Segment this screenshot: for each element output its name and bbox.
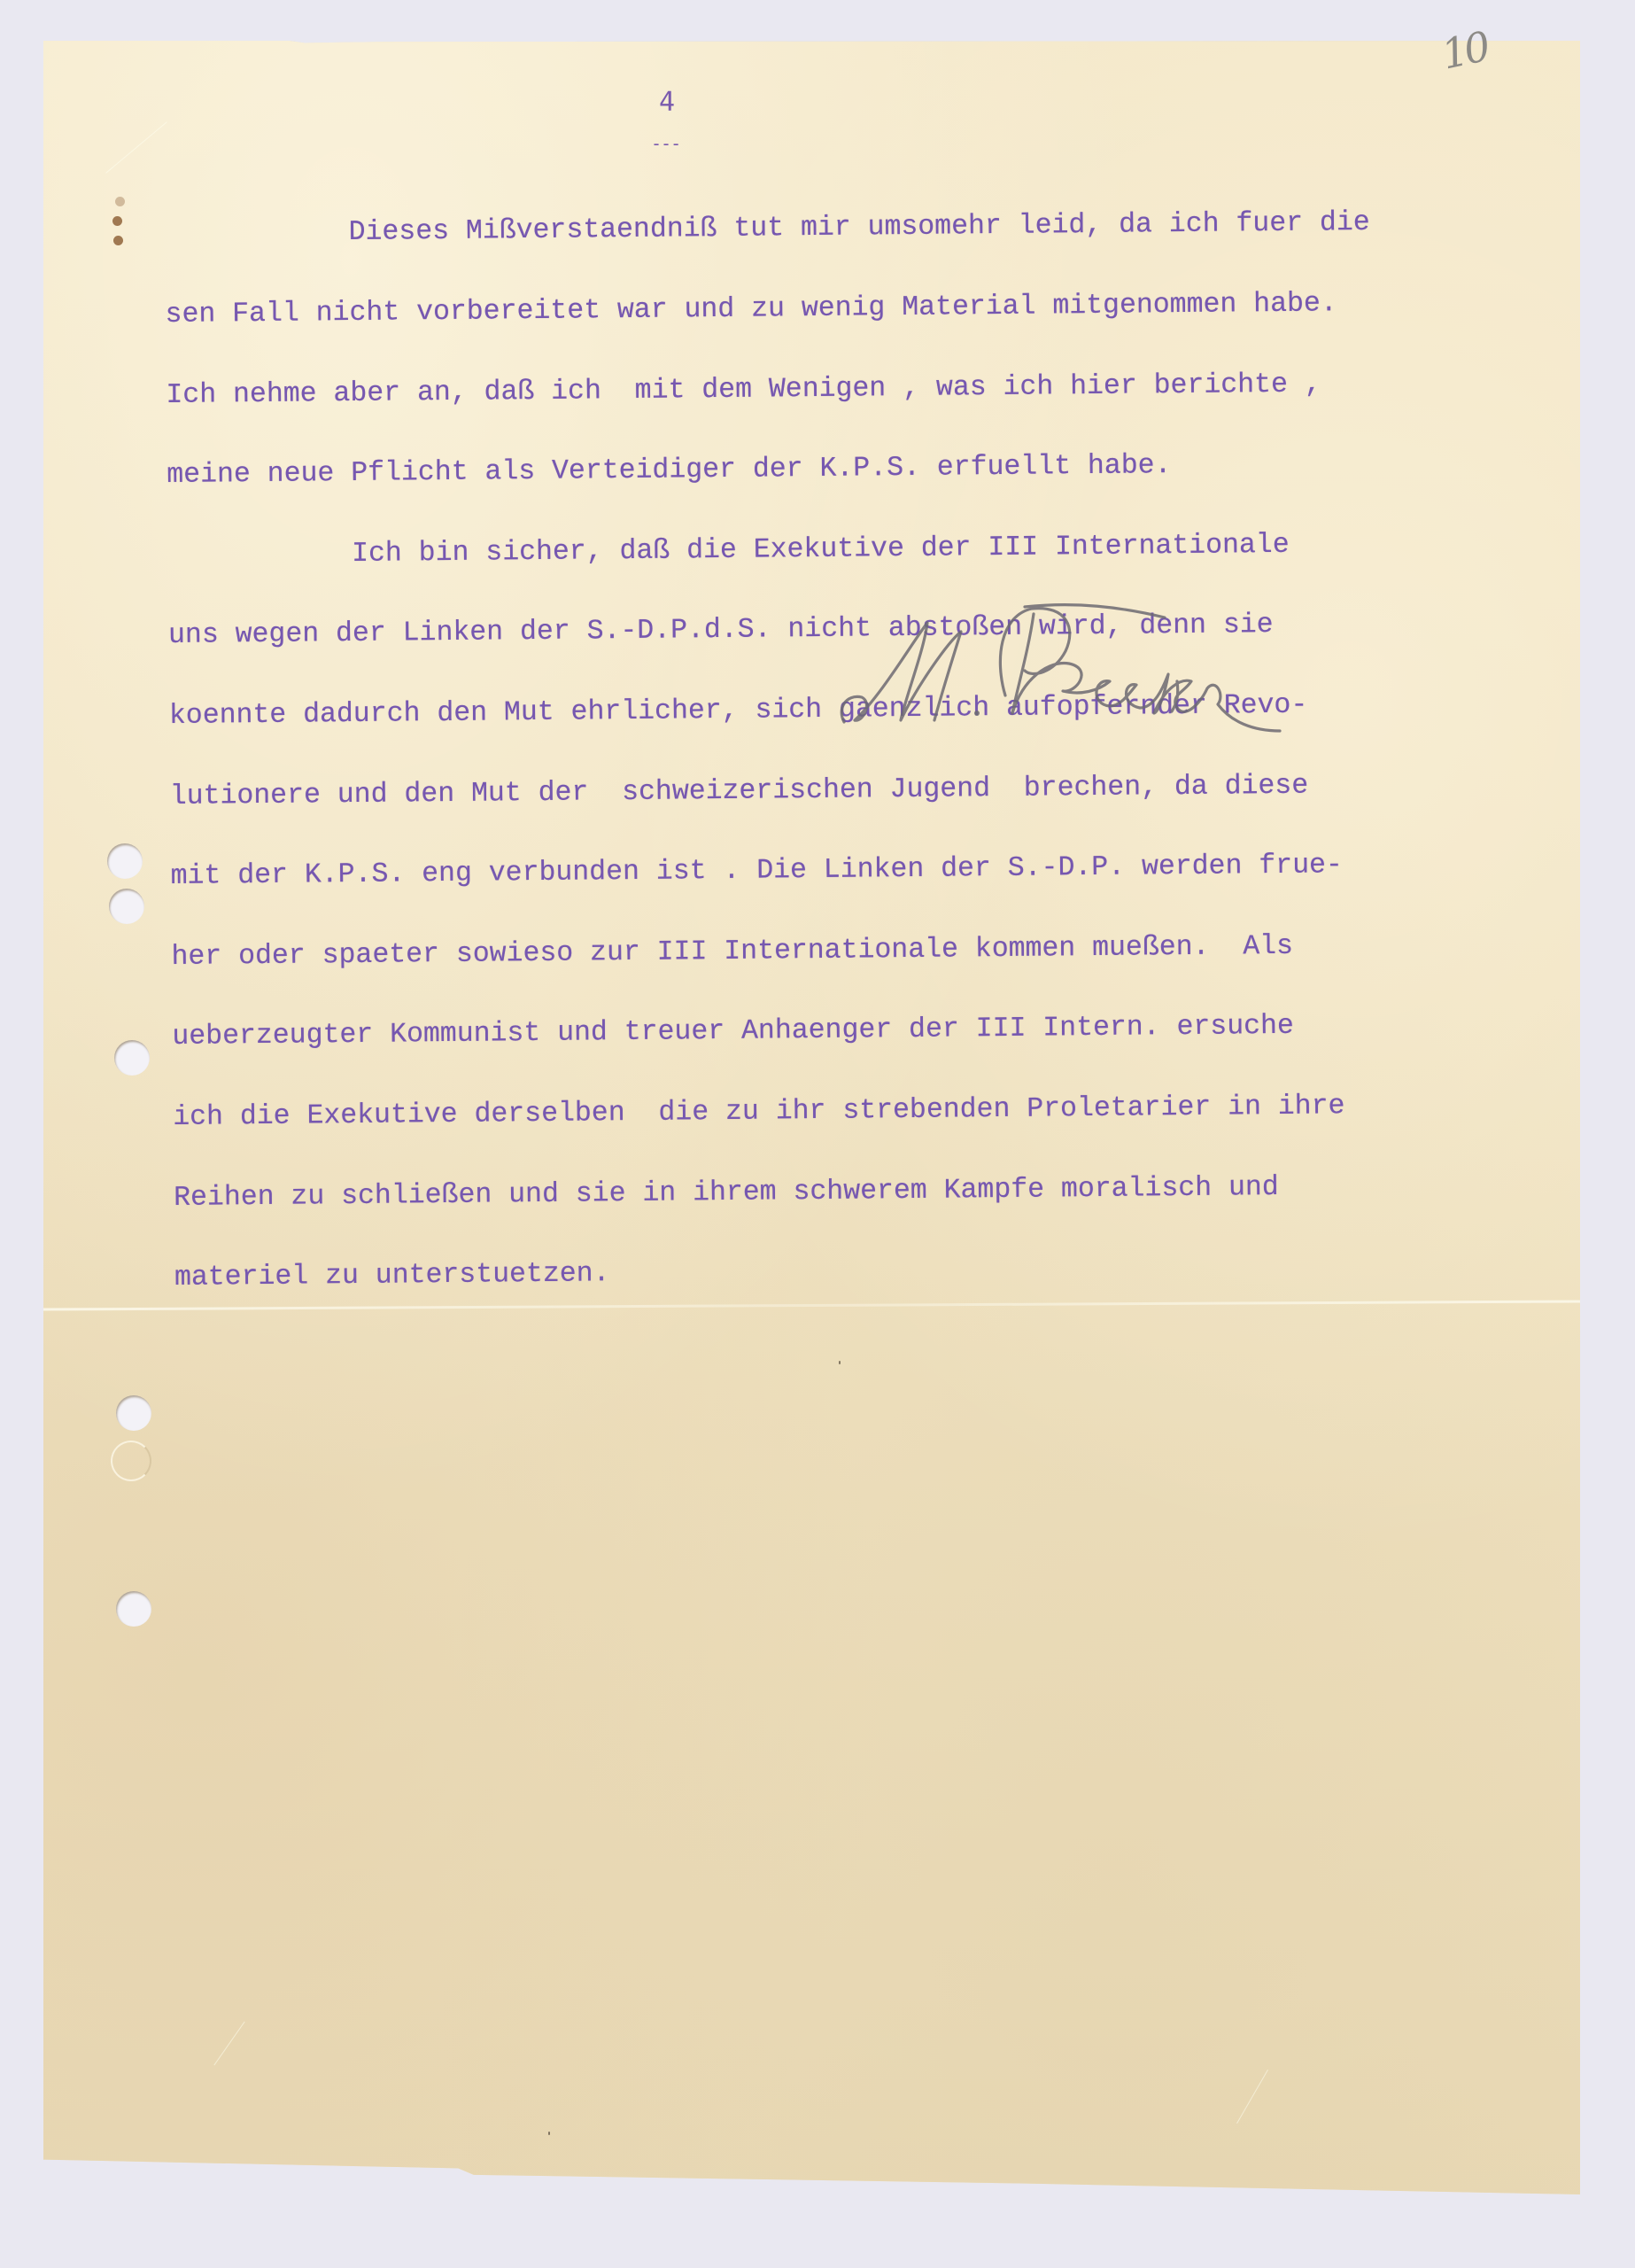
letter-line: mit der K.P.S. eng verbunden ist . Die L… — [171, 851, 1517, 891]
punch-hole — [109, 889, 144, 924]
signature-icon — [828, 589, 1466, 766]
punch-hole — [114, 1040, 150, 1076]
letter-line: materiel zu unterstuetzen. — [174, 1252, 1521, 1292]
rust-stain — [112, 216, 122, 226]
letter-line: lutionere und den Mut der schweizerische… — [170, 771, 1516, 811]
handwritten-signature — [828, 589, 1466, 766]
paper-crease — [105, 121, 167, 174]
letter-line: Ich nehme aber an, daß ich mit dem Wenig… — [166, 369, 1512, 409]
letter-line: her oder spaeter sowieso zur III Interna… — [171, 931, 1517, 971]
paper-speck — [839, 1361, 841, 1364]
folio-number: 10 — [1437, 22, 1492, 78]
punch-hole — [116, 1591, 151, 1627]
paper-crease — [1236, 2070, 1268, 2124]
punch-hole-impression — [111, 1441, 151, 1481]
paper-speck — [1259, 2211, 1261, 2215]
rust-stain — [115, 197, 125, 206]
letter-line: ueberzeugter Kommunist und treuer Anhaen… — [172, 1012, 1518, 1052]
letter-line: Reihen zu schließen und sie in ihrem sch… — [174, 1172, 1520, 1212]
punch-hole — [107, 843, 143, 879]
letter-line: sen Fall nicht vorbereitet war und zu we… — [165, 289, 1511, 329]
paper-crease — [213, 2022, 244, 2066]
letter-line: meine neue Pflicht als Verteidiger der K… — [167, 450, 1513, 490]
letter-line: Ich bin sicher, daß die Exekutive der II… — [167, 530, 1514, 570]
letter-line: Dieses Mißverstaendniß tut mir umsomehr … — [165, 209, 1511, 249]
letter-line: ich die Exekutive derselben die zu ihr s… — [173, 1091, 1519, 1131]
paper-speck — [548, 2132, 550, 2135]
punch-hole — [116, 1395, 151, 1431]
rust-stain — [113, 236, 123, 245]
page-number-underline: --- — [651, 133, 680, 154]
page-number: 4 — [649, 87, 685, 118]
